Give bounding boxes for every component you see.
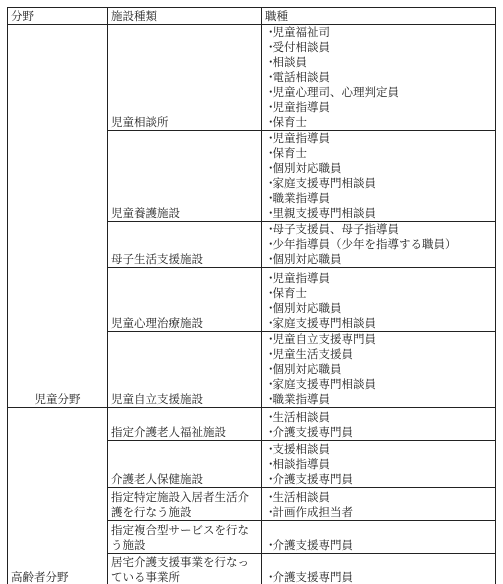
job-item: 保育士 — [265, 146, 492, 161]
facility-cell: 児童心理治療施設 — [108, 268, 262, 332]
job-item: 児童自立支援専門員 — [265, 332, 492, 347]
jobs-cell: 介護支援専門員 — [262, 521, 496, 554]
job-item: 受付相談員 — [265, 40, 492, 55]
job-item: 介護支援専門員 — [265, 425, 492, 440]
job-item: 保育士 — [265, 286, 492, 301]
job-item: 電話相談員 — [265, 70, 492, 85]
job-item: 里親支援専門相談員 — [265, 206, 492, 221]
job-item: 母子支援員、母子指導員 — [265, 222, 492, 237]
facility-cell: 児童養護施設 — [108, 131, 262, 222]
jobs-cell: 児童指導員 保育士 個別対応職員 家庭支援専門相談員 職業指導員 里親支援専門相… — [262, 131, 496, 222]
job-item: 生活相談員 — [265, 490, 492, 505]
job-item: 家庭支援専門相談員 — [265, 316, 492, 331]
jobs-cell: 児童自立支援専門員 児童生活支援員 個別対応職員 家庭支援専門相談員 職業指導員 — [262, 332, 496, 408]
field-cell: 児童分野 — [8, 25, 108, 408]
facility-cell: 居宅介護支援事業を行なっている事業所 — [108, 554, 262, 584]
jobs-cell: 支援相談員 相談指導員 介護支援専門員 — [262, 441, 496, 488]
job-item: 児童指導員 — [265, 131, 492, 146]
table-row: 児童分野 児童相談所 児童福祉司 受付相談員 相談員 電話相談員 児童心理司、心… — [8, 25, 496, 131]
job-item: 家庭支援専門相談員 — [265, 176, 492, 191]
job-item: 家庭支援専門相談員 — [265, 377, 492, 392]
job-item: 介護支援専門員 — [265, 538, 492, 553]
jobs-cell: 母子支援員、母子指導員 少年指導員（少年を指導する職員） 個別対応職員 — [262, 222, 496, 268]
job-item: 職業指導員 — [265, 392, 492, 407]
header-jobs: 職種 — [262, 8, 496, 25]
job-item: 生活相談員 — [265, 410, 492, 425]
job-item: 相談員 — [265, 55, 492, 70]
job-item: 職業指導員 — [265, 191, 492, 206]
job-item: 児童生活支援員 — [265, 347, 492, 362]
job-item: 個別対応職員 — [265, 252, 492, 267]
job-item: 児童福祉司 — [265, 25, 492, 40]
jobs-cell: 児童指導員 保育士 個別対応職員 家庭支援専門相談員 — [262, 268, 496, 332]
header-facility: 施設種類 — [108, 8, 262, 25]
job-item: 計画作成担当者 — [265, 505, 492, 520]
header-row: 分野 施設種類 職種 — [8, 8, 496, 25]
job-item: 少年指導員（少年を指導する職員） — [265, 237, 492, 252]
facility-cell: 母子生活支援施設 — [108, 222, 262, 268]
job-item: 児童心理司、心理判定員 — [265, 85, 492, 100]
facility-cell: 介護老人保健施設 — [108, 441, 262, 488]
job-item: 個別対応職員 — [265, 362, 492, 377]
job-item: 介護支援専門員 — [265, 570, 492, 584]
jobs-cell: 児童福祉司 受付相談員 相談員 電話相談員 児童心理司、心理判定員 児童指導員 … — [262, 25, 496, 131]
job-types-table: 分野 施設種類 職種 児童分野 児童相談所 児童福祉司 受付相談員 相談員 電話… — [7, 7, 496, 584]
job-item: 相談指導員 — [265, 457, 492, 472]
header-field: 分野 — [8, 8, 108, 25]
jobs-cell: 生活相談員 介護支援専門員 — [262, 408, 496, 441]
facility-cell: 児童相談所 — [108, 25, 262, 131]
jobs-cell: 介護支援専門員 — [262, 554, 496, 584]
table-row: 高齢者分野 指定介護老人福祉施設 生活相談員 介護支援専門員 — [8, 408, 496, 441]
facility-cell: 児童自立支援施設 — [108, 332, 262, 408]
facility-cell: 指定特定施設入居者生活介護を行なう施設 — [108, 488, 262, 521]
job-item: 支援相談員 — [265, 442, 492, 457]
job-item: 児童指導員 — [265, 100, 492, 115]
jobs-cell: 生活相談員 計画作成担当者 — [262, 488, 496, 521]
job-item: 個別対応職員 — [265, 301, 492, 316]
facility-cell: 指定介護老人福祉施設 — [108, 408, 262, 441]
job-item: 保育士 — [265, 115, 492, 130]
job-item: 児童指導員 — [265, 271, 492, 286]
job-item: 介護支援専門員 — [265, 472, 492, 487]
field-cell: 高齢者分野 — [8, 408, 108, 584]
job-item: 個別対応職員 — [265, 161, 492, 176]
facility-cell: 指定複合型サービスを行なう施設 — [108, 521, 262, 554]
